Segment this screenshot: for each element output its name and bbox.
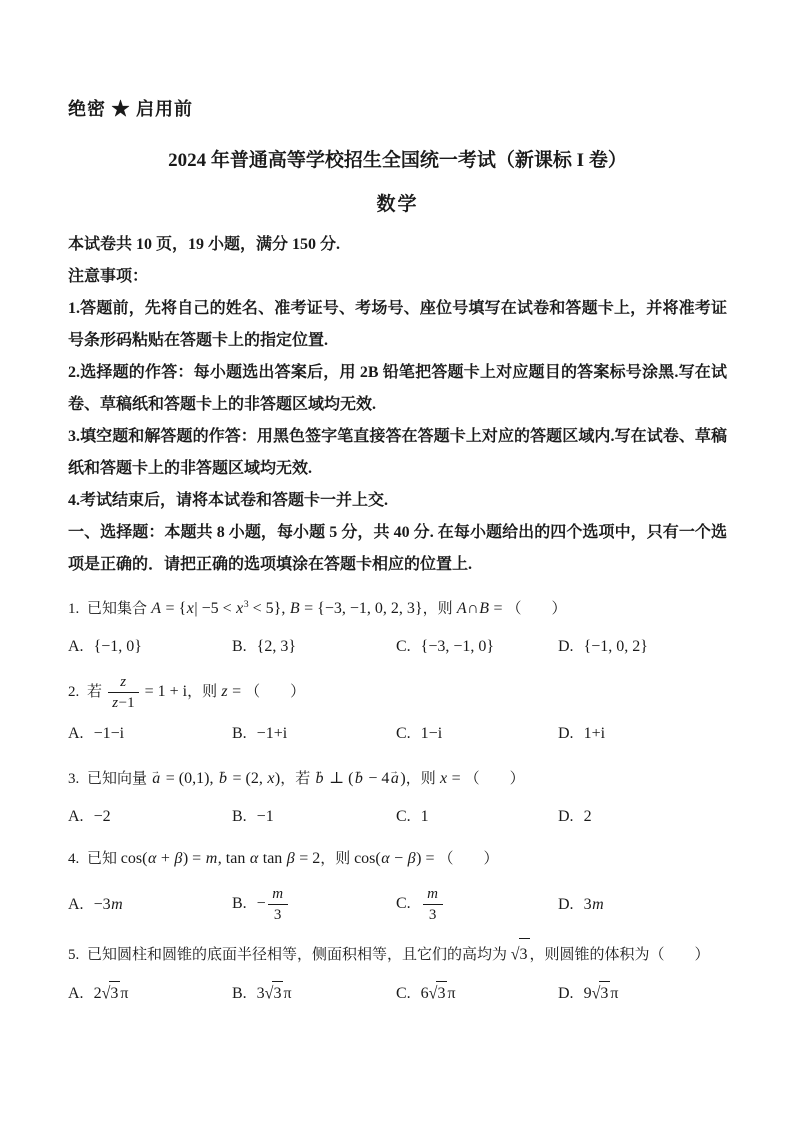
math-run: 6 (421, 985, 429, 1002)
options-row: A.2√3πB.3√3πC.6√3πD.9√3π (68, 981, 727, 1006)
math-run: 1+i (584, 725, 605, 742)
option-label: D. (558, 985, 574, 1002)
option-label: A. (68, 725, 84, 742)
text-run: ，若 (280, 771, 314, 787)
notice-heading: 注意事项： (68, 261, 727, 293)
notice-item: 2.选择题的作答：每小题选出答案后，用 2B 铅笔把答题卡上对应题目的答案标号涂… (68, 357, 727, 421)
vector: a (151, 760, 162, 795)
question: 2. 若 zz−1 = 1 + i，则 z = （ ）A.−1−iB.−1+iC… (68, 673, 727, 746)
math-run: < 5}, B = {−3, −1, 0, 2, 3} (249, 600, 423, 617)
math-run: {−1, 0, 2} (584, 638, 648, 655)
option-label: B. (232, 808, 247, 825)
fraction: m3 (268, 885, 288, 924)
option: C.m3 (396, 885, 558, 924)
math-run: cos(α − β) = (354, 850, 438, 867)
notice-item: 1.答题前，先将自己的姓名、准考证号、考场号、座位号填写在试卷和答题卡上，并将准… (68, 293, 727, 357)
option-label: D. (558, 808, 574, 825)
option: A.{−1, 0} (68, 635, 232, 659)
option: C.6√3π (396, 981, 558, 1006)
math-run: 1 (421, 808, 429, 825)
option-label: A. (68, 808, 84, 825)
text-run: ，则 (423, 601, 457, 617)
math-run: π (120, 985, 128, 1002)
option: A.2√3π (68, 981, 232, 1006)
question-number: 2. (68, 684, 83, 700)
vector: b (353, 760, 364, 795)
option-label: C. (396, 985, 411, 1002)
question-number: 3. (68, 771, 83, 787)
option: C.1 (396, 805, 558, 829)
option: B.−1 (232, 805, 396, 829)
fraction: zz−1 (108, 673, 139, 712)
fraction-denominator: 3 (268, 905, 288, 924)
subject-title: 数学 (68, 189, 727, 216)
radicand: 3 (599, 981, 610, 1006)
radicand: 3 (436, 981, 447, 1006)
radical-sign: √ (102, 981, 111, 1007)
question-number: 4. (68, 851, 83, 867)
option: C.{−3, −1, 0} (396, 635, 558, 659)
exam-title: 2024 年普通高等学校招生全国统一考试（新课标 I 卷） (68, 145, 727, 172)
text-run: 已知圆柱和圆锥的底面半径相等，侧面积相等，且它们的高均为 (87, 947, 511, 963)
math-run: 3m (584, 896, 605, 913)
math-run: − (257, 895, 266, 912)
question-number: 5. (68, 947, 83, 963)
text-run: （ ） (465, 771, 525, 787)
option-label: C. (396, 725, 411, 742)
math-run: 1−i (421, 725, 442, 742)
math-run: = (0,1), (162, 770, 218, 787)
math-run: π (610, 985, 618, 1002)
sqrt-radical: √3 (429, 981, 448, 1006)
radical-sign: √ (511, 938, 520, 973)
questions-list: 1. 已知集合 A = {x| −5 < x3 < 5}, B = {−3, −… (68, 593, 727, 1006)
math-run: 3 (257, 985, 265, 1002)
option-label: C. (396, 895, 411, 912)
exam-page: 绝密 ★ 启用前 2024 年普通高等学校招生全国统一考试（新课标 I 卷） 数… (0, 0, 793, 1122)
option-label: B. (232, 895, 247, 912)
section-heading: 一、选择题：本题共 8 小题，每小题 5 分，共 40 分. 在每小题给出的四个… (68, 517, 727, 581)
math-run: = 1 + i (141, 683, 188, 700)
math-run: {2, 3} (257, 638, 296, 655)
fraction: m3 (423, 885, 443, 924)
question-stem: 1. 已知集合 A = {x| −5 < x3 < 5}, B = {−3, −… (68, 593, 727, 625)
math-run: {−3, −1, 0} (421, 638, 494, 655)
option: D.{−1, 0, 2} (558, 635, 727, 659)
math-run: ⊥ ( (325, 770, 353, 787)
fraction-numerator: z (108, 673, 139, 693)
option: A.−2 (68, 805, 232, 829)
question: 3. 已知向量 a = (0,1), b = (2, x)，若 b ⊥ (b −… (68, 760, 727, 829)
text-run: （ ） (507, 601, 567, 617)
question-stem: 3. 已知向量 a = (0,1), b = (2, x)，若 b ⊥ (b −… (68, 760, 727, 795)
option-label: B. (232, 725, 247, 742)
math-run: 9 (584, 985, 592, 1002)
option-label: D. (558, 725, 574, 742)
option: A.−3m (68, 893, 232, 917)
option: D.1+i (558, 722, 727, 746)
vector: b (217, 760, 228, 795)
text-run: （ ） (245, 684, 305, 700)
math-run: −2 (94, 808, 111, 825)
radicand: 3 (109, 981, 120, 1006)
vector: a (389, 760, 400, 795)
math-run: −1 (257, 808, 274, 825)
vector: b (314, 760, 325, 795)
text-run: 已知 (87, 851, 121, 867)
math-run: − 4 (364, 770, 389, 787)
sqrt-radical: √3 (102, 981, 121, 1006)
option: A.−1−i (68, 722, 232, 746)
text-run: ，则 (187, 684, 221, 700)
option: B.−m3 (232, 885, 396, 924)
math-run: A∩B = (456, 600, 506, 617)
radical-sign: √ (265, 981, 274, 1007)
text-run: ，则 (406, 771, 440, 787)
sqrt-radical: √3 (511, 938, 530, 971)
option: C.1−i (396, 722, 558, 746)
math-run: 2 (94, 985, 102, 1002)
question: 4. 已知 cos(α + β) = m, tan α tan β = 2，则 … (68, 843, 727, 924)
math-run: −1+i (257, 725, 288, 742)
question-number: 1. (68, 601, 83, 617)
radical-sign: √ (429, 981, 438, 1007)
notice-section: 注意事项： 1.答题前，先将自己的姓名、准考证号、考场号、座位号填写在试卷和答题… (68, 261, 727, 517)
radical-sign: √ (592, 981, 601, 1007)
fraction-numerator: m (268, 885, 288, 905)
math-run: π (447, 985, 455, 1002)
options-row: A.−1−iB.−1+iC.1−iD.1+i (68, 722, 727, 746)
sqrt-radical: √3 (592, 981, 611, 1006)
classification-banner: 绝密 ★ 启用前 (68, 95, 727, 121)
radicand: 3 (272, 981, 283, 1006)
option-label: B. (232, 985, 247, 1002)
math-run: 2 (584, 808, 592, 825)
question-stem: 4. 已知 cos(α + β) = m, tan α tan β = 2，则 … (68, 843, 727, 875)
radicand: 3 (519, 938, 530, 971)
option-label: B. (232, 638, 247, 655)
text-run: ，则 (320, 851, 354, 867)
notice-item: 3.填空题和解答题的作答：用黑色签字笔直接答在答题卡上对应的答题区域内.写在试卷… (68, 421, 727, 485)
question: 1. 已知集合 A = {x| −5 < x3 < 5}, B = {−3, −… (68, 593, 727, 659)
options-row: A.−2B.−1C.1D.2 (68, 805, 727, 829)
option-label: D. (558, 896, 574, 913)
question-stem: 2. 若 zz−1 = 1 + i，则 z = （ ） (68, 673, 727, 712)
option-label: A. (68, 638, 84, 655)
option: B.−1+i (232, 722, 396, 746)
text-run: 已知集合 (87, 601, 151, 617)
fraction-denominator: 3 (423, 905, 443, 924)
options-row: A.{−1, 0}B.{2, 3}C.{−3, −1, 0}D.{−1, 0, … (68, 635, 727, 659)
math-run: x = (440, 770, 465, 787)
option: B.{2, 3} (232, 635, 396, 659)
fraction-numerator: m (423, 885, 443, 905)
text-run: 若 (87, 684, 106, 700)
options-row: A.−3mB.−m3C.m3D.3m (68, 885, 727, 924)
fraction-denominator: z−1 (108, 693, 139, 712)
math-run: −1−i (94, 725, 125, 742)
option: D.9√3π (558, 981, 727, 1006)
sqrt-radical: √3 (265, 981, 284, 1006)
option-label: A. (68, 896, 84, 913)
option: D.2 (558, 805, 727, 829)
math-run: = (2, x) (228, 770, 280, 787)
math-run: −3m (94, 896, 124, 913)
math-run: cos(α + β) = m, tan α tan β = 2 (121, 850, 321, 867)
option: D.3m (558, 893, 727, 917)
notice-item: 4.考试结束后，请将本试卷和答题卡一并上交. (68, 485, 727, 517)
text-run: ，则圆锥的体积为（ ） (530, 947, 710, 963)
question: 5. 已知圆柱和圆锥的底面半径相等，侧面积相等，且它们的高均为 √3，则圆锥的体… (68, 938, 727, 1006)
math-run: z = (221, 683, 245, 700)
text-run: （ ） (439, 851, 499, 867)
math-run: {−1, 0} (94, 638, 142, 655)
option: B.3√3π (232, 981, 396, 1006)
paper-info: 本试卷共 10 页，19 小题，满分 150 分. (68, 229, 727, 261)
math-run: A = {x| −5 < x (151, 600, 244, 617)
math-run: π (283, 985, 291, 1002)
question-stem: 5. 已知圆柱和圆锥的底面半径相等，侧面积相等，且它们的高均为 √3，则圆锥的体… (68, 938, 727, 971)
option-label: C. (396, 808, 411, 825)
option-label: A. (68, 985, 84, 1002)
option-label: C. (396, 638, 411, 655)
text-run: 已知向量 (87, 771, 151, 787)
option-label: D. (558, 638, 574, 655)
